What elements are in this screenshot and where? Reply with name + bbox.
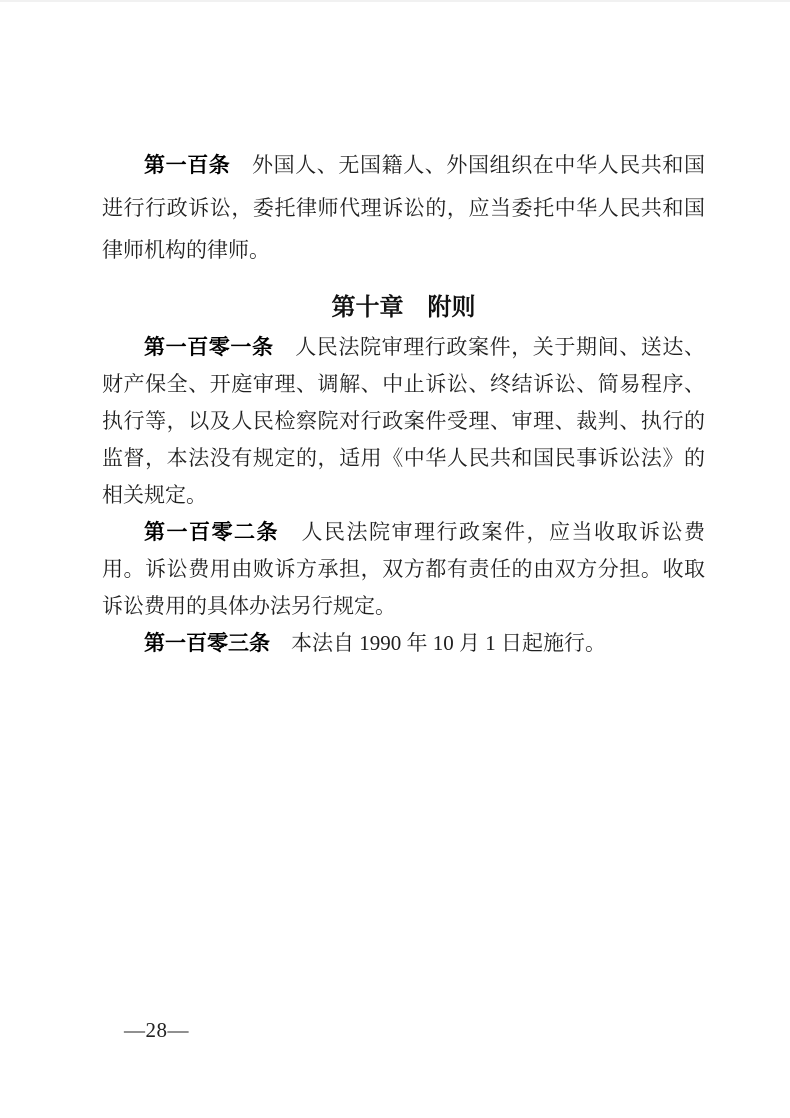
document-body: 第一百条 外国人、无国籍人、外国组织在中华人民共和国进行行政诉讼，委托律师代理诉… — [102, 144, 705, 662]
paragraph-article-103: 第一百零三条 本法自 1990 年 10 月 1 日起施行。 — [102, 625, 705, 662]
article-102-label: 第一百零二条 — [144, 521, 279, 544]
article-103-text: 本法自 1990 年 10 月 1 日起施行。 — [270, 631, 606, 655]
scan-edge-artifact — [0, 0, 790, 2]
page-number: —28— — [124, 1016, 189, 1044]
paragraph-article-100: 第一百条 外国人、无国籍人、外国组织在中华人民共和国进行行政诉讼，委托律师代理诉… — [102, 144, 705, 271]
scanned-document-page: { "document": { "article_100": { "label"… — [0, 0, 790, 1118]
article-101-text: 人民法院审理行政案件，关于期间、送达、财产保全、开庭审理、调解、中止诉讼、终结诉… — [102, 335, 705, 507]
chapter-heading: 第十章 附则 — [102, 287, 705, 329]
article-100-label: 第一百条 — [144, 154, 230, 177]
paragraph-article-101: 第一百零一条 人民法院审理行政案件，关于期间、送达、财产保全、开庭审理、调解、中… — [102, 329, 705, 514]
paragraph-article-102: 第一百零二条 人民法院审理行政案件，应当收取诉讼费用。诉讼费用由败诉方承担，双方… — [102, 514, 705, 625]
article-103-label: 第一百零三条 — [144, 632, 270, 655]
article-101-label: 第一百零一条 — [144, 336, 274, 359]
